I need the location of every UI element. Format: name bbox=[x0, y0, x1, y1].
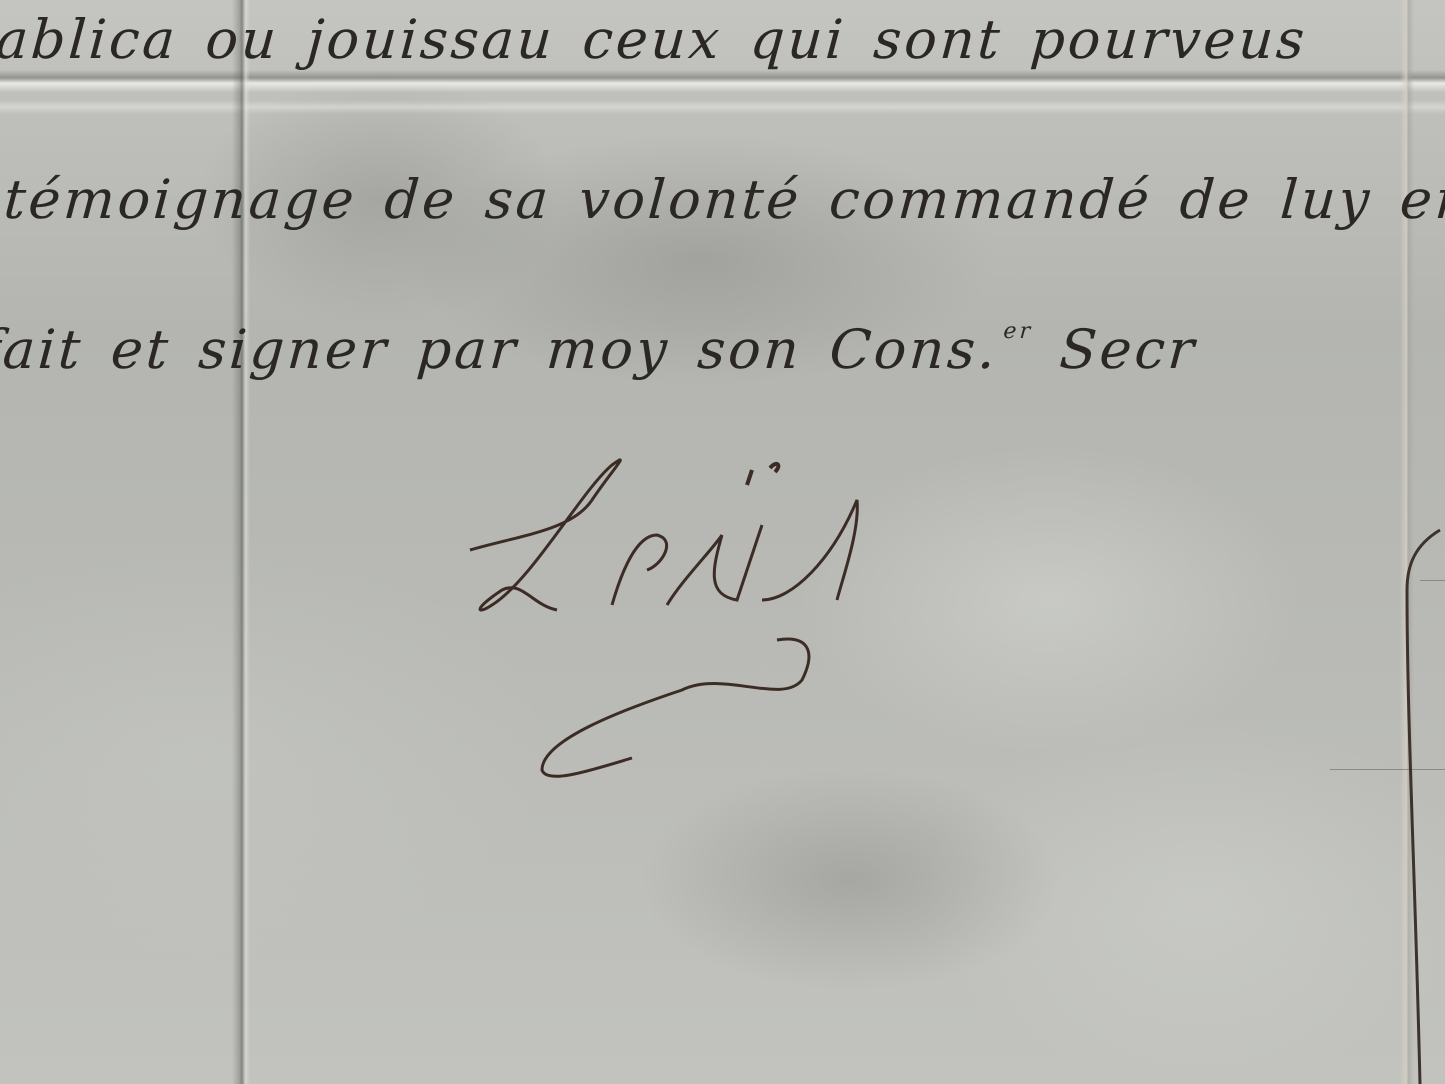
superscript-abbreviation: er bbox=[1003, 319, 1034, 344]
word: et bbox=[109, 318, 173, 381]
word: témoignage bbox=[2, 168, 359, 231]
word: volonté bbox=[577, 168, 804, 231]
word: Cons. bbox=[828, 318, 1001, 381]
word: moy bbox=[544, 318, 672, 381]
margin-bracket-icon bbox=[1395, 520, 1445, 1084]
word: pourveus bbox=[1028, 8, 1309, 71]
royal-signature: Louïs bbox=[462, 440, 862, 780]
word: jouissau bbox=[305, 8, 557, 71]
word: ceux bbox=[581, 8, 725, 71]
horizontal-fold-highlight bbox=[0, 100, 1445, 114]
manuscript-line-1: ablicaoujouissauceuxquisontpourveus bbox=[0, 8, 1337, 71]
word: ablica bbox=[0, 8, 180, 71]
word: ou bbox=[204, 8, 282, 71]
word: luy bbox=[1278, 168, 1374, 231]
vertical-fold-crease-left bbox=[232, 0, 250, 1084]
word: commandé bbox=[827, 168, 1154, 231]
word: de bbox=[383, 168, 460, 231]
word: qui bbox=[748, 8, 848, 71]
word: son bbox=[696, 318, 804, 381]
word: sa bbox=[483, 168, 553, 231]
word: Secr bbox=[1058, 318, 1199, 381]
word: signer bbox=[197, 318, 392, 381]
horizontal-fold-crease bbox=[0, 70, 1445, 92]
manuscript-line-2: témoignagedesavolontécommandédeluyen bbox=[2, 168, 1445, 231]
word: en bbox=[1398, 168, 1445, 231]
word: fait bbox=[0, 318, 85, 381]
word: sont bbox=[872, 8, 1005, 71]
word: par bbox=[415, 318, 521, 381]
word: de bbox=[1178, 168, 1255, 231]
manuscript-line-3: faitetsignerparmoysonCons.erSecr bbox=[0, 318, 1227, 381]
